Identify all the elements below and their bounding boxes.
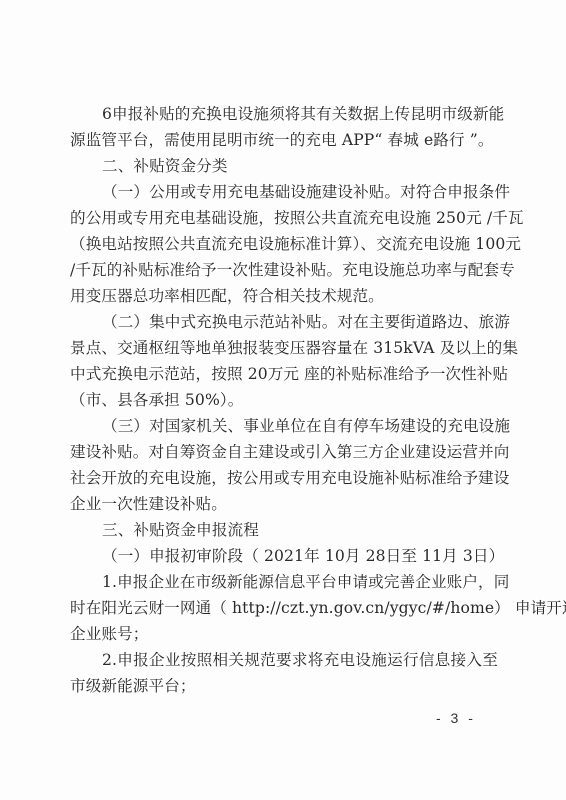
paragraph-line: （换电站按照公共直流充电设施标准计算）、交流充电设施 100元 xyxy=(70,231,498,257)
list-item-line: 1.申报企业在市级新能源信息平台申请或完善企业账户，同 xyxy=(70,569,498,595)
section-heading: 三、补贴资金申报流程 xyxy=(70,517,498,543)
subsection-heading-line: （二）集中式充换电示范站补贴。对在主要街道路边、旅游 xyxy=(70,309,498,335)
list-item-line: 2.申报企业按照相关规范要求将充电设施运行信息接入至 xyxy=(70,647,498,673)
page-number: - 3 - xyxy=(436,710,476,726)
paragraph-line: 景点、交通枢纽等地单独报装变压器容量在 315kVA 及以上的集 xyxy=(70,335,498,361)
list-item-line: 时在阳光云财一网通（ http://czt.yn.gov.cn/ygyc/#/h… xyxy=(70,595,498,621)
document-page: 6申报补贴的充换电设施须将其有关数据上传昆明市级新能 源监管平台，需使用昆明市统… xyxy=(0,0,566,800)
section-heading: 二、补贴资金分类 xyxy=(70,153,498,179)
subsection-heading-line: （一）公用或专用充电基础设施建设补贴。对符合申报条件 xyxy=(70,179,498,205)
subsection-heading: （一）申报初审阶段（ 2021年 10月 28日至 11月 3日） xyxy=(70,543,498,569)
paragraph-line: 的公用或专用充电基础设施，按照公共直流充电设施 250元 /千瓦 xyxy=(70,205,498,231)
paragraph-line: /千瓦的补贴标准给予一次性建设补贴。充电设施总功率与配套专 xyxy=(70,257,498,283)
paragraph-line: 社会开放的充电设施，按公用或专用充电设施补贴标准给予建设 xyxy=(70,465,498,491)
paragraph-line: 中式充换电示范站，按照 20万元 座的补贴标准给予一次性补贴 xyxy=(70,361,498,387)
list-item-line: 企业账号； xyxy=(70,621,498,647)
paragraph-line: 建设补贴。对自筹资金自主建设或引入第三方企业建设运营并向 xyxy=(70,439,498,465)
list-item-line: 市级新能源平台； xyxy=(70,673,498,699)
paragraph-line: 用变压器总功率相匹配，符合相关技术规范。 xyxy=(70,283,498,309)
paragraph-line: 源监管平台，需使用昆明市统一的充电 APP“ 春城 e路行 ”。 xyxy=(70,127,498,153)
subsection-heading-line: （三）对国家机关、事业单位在自有停车场建设的充电设施 xyxy=(70,413,498,439)
paragraph-line: 6申报补贴的充换电设施须将其有关数据上传昆明市级新能 xyxy=(70,101,498,127)
document-body: 6申报补贴的充换电设施须将其有关数据上传昆明市级新能 源监管平台，需使用昆明市统… xyxy=(70,101,498,699)
paragraph-line: 企业一次性建设补贴。 xyxy=(70,491,498,517)
paragraph-line: （市、县各承担 50%）。 xyxy=(70,387,498,413)
